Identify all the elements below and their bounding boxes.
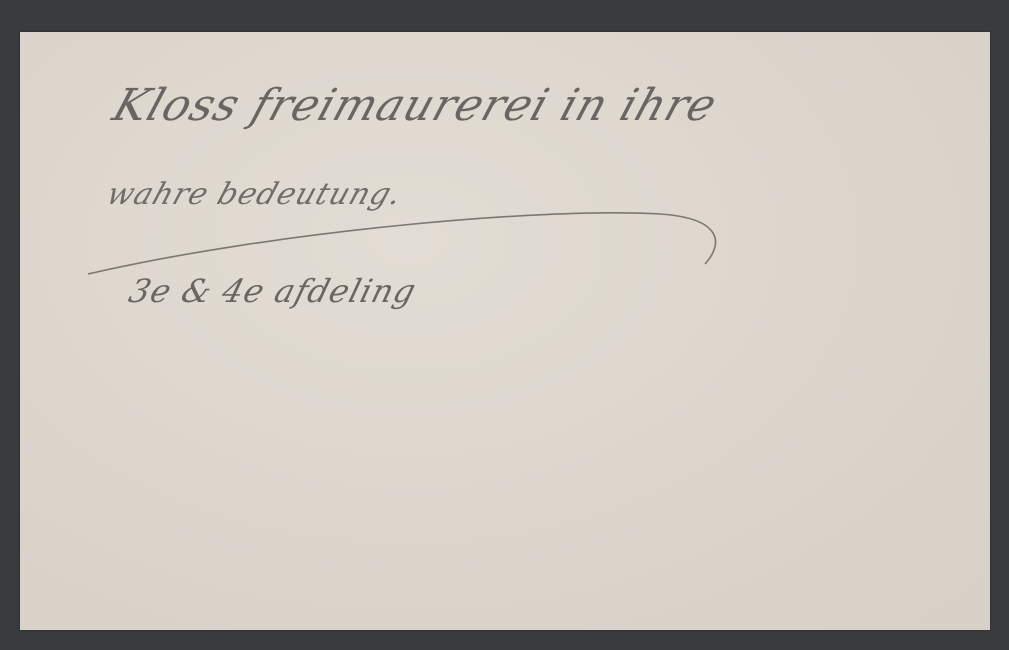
- handwritten-title-line-2: wahre bedeutung.: [102, 177, 407, 212]
- paper-card: Kloss freimaurerei in ihre wahre bedeutu…: [20, 32, 990, 630]
- handwritten-title-line-1: Kloss freimaurerei in ihre: [107, 80, 724, 131]
- handwritten-section-line: 3e & 4e afdeling: [125, 272, 421, 310]
